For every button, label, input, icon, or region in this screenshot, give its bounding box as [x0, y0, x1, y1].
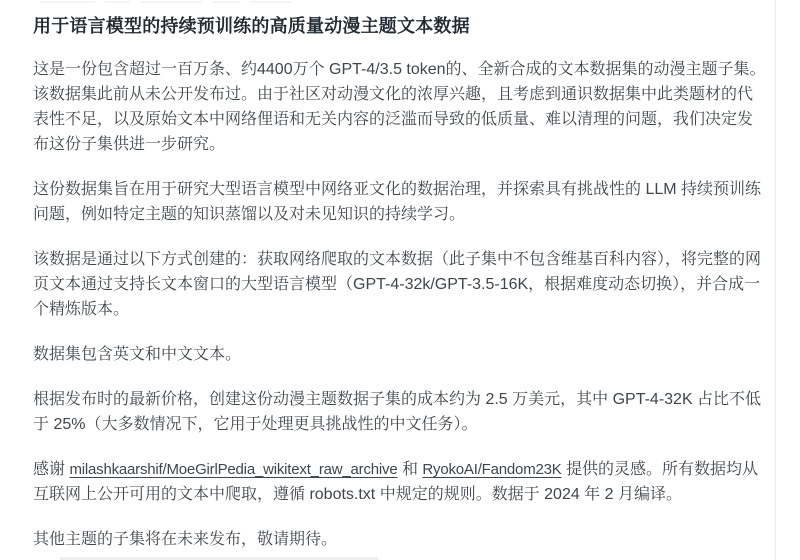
paragraph-4: 数据集包含英文和中文文本。	[33, 342, 767, 367]
paragraph-2: 这份数据集旨在用于研究大型语言模型中网络亚文化的数据治理，并探索具有挑战性的 L…	[33, 177, 767, 227]
paragraph-6: 感谢 milashkaarshif/MoeGirlPedia_wikitext_…	[33, 457, 767, 507]
link-moegirlpedia-archive[interactable]: milashkaarshif/MoeGirlPedia_wikitext_raw…	[69, 461, 397, 478]
page-title: 用于语言模型的持续预训练的高质量动漫主题文本数据	[33, 13, 767, 39]
paragraph-1: 这是一份包含超过一百万条、约4400万个 GPT-4/3.5 token的、全新…	[33, 57, 767, 157]
content-right-divider	[775, 0, 776, 560]
document-body: 这是一份包含超过一百万条、约4400万个 GPT-4/3.5 token的、全新…	[33, 57, 767, 552]
content-area: 用于语言模型的持续预训练的高质量动漫主题文本数据 这是一份包含超过一百万条、约4…	[0, 0, 800, 552]
paragraph-3: 该数据是通过以下方式创建的：获取网络爬取的文本数据（此子集中不包含维基百科内容）…	[33, 247, 767, 322]
paragraph-7: 其他主题的子集将在未来发布，敬请期待。	[33, 527, 767, 552]
document-page: 用于语言模型的持续预训练的高质量动漫主题文本数据 这是一份包含超过一百万条、约4…	[0, 0, 800, 560]
link-fandom23k[interactable]: RyokoAI/Fandom23K	[422, 461, 561, 478]
paragraph-5: 根据发布时的最新价格，创建这份动漫主题数据子集的成本约为 2.5 万美元，其中 …	[33, 387, 767, 437]
